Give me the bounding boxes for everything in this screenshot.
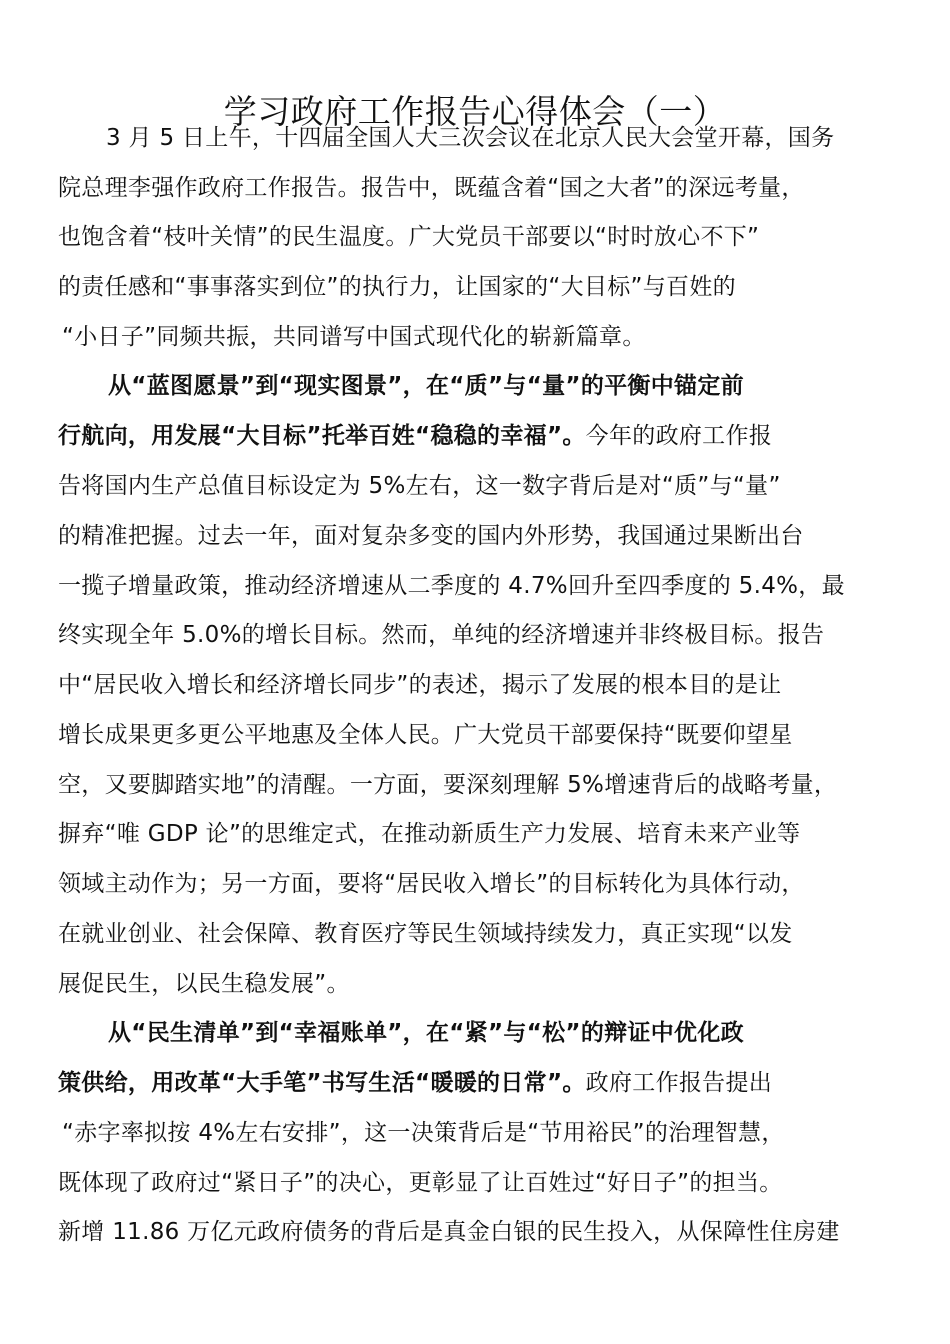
text-run: 政府工作报告提出 <box>586 1070 772 1096</box>
text-run: 增长成果更多更公平地惠及全体人民。广大党员干部要保持“既要仰望星 <box>58 722 793 748</box>
text-run: 3 月 5 日上午，十四届全国人大三次会议在北京人民大会堂开幕，国务 <box>106 125 834 151</box>
text-run: 在就业创业、社会保障、教育医疗等民生领域持续发力，真正实现“以发 <box>58 921 793 947</box>
text-run: 的精准把握。过去一年，面对复杂多变的国内外形势，我国通过果断出台 <box>58 523 804 549</box>
section-heading-line: 行航向，用发展“大目标”托举百姓“稳稳的幸福”。今年的政府工作报 <box>58 421 772 451</box>
text-line: 3 月 5 日上午，十四届全国人大三次会议在北京人民大会堂开幕，国务 <box>106 123 834 153</box>
bold-heading-run: 从“民生清单”到“幸福账单”，在“紧”与“松”的辩证中优化政 <box>108 1020 744 1046</box>
text-line: 的精准把握。过去一年，面对复杂多变的国内外形势，我国通过果断出台 <box>58 521 804 551</box>
text-line: 的责任感和“事事落实到位”的执行力，让国家的“大目标”与百姓的 <box>58 272 736 302</box>
document-page: 学习政府工作报告心得体会（一） 3 月 5 日上午，十四届全国人大三次会议在北京… <box>0 0 950 1344</box>
text-line: 展促民生，以民生稳发展”。 <box>58 969 350 999</box>
text-line: “赤字率拟按 4%左右安排”，这一决策背后是“节用裕民”的治理智慧， <box>62 1118 785 1148</box>
section-heading-line: 策供给，用改革“大手笔”书写生活“暖暖的日常”。政府工作报告提出 <box>58 1068 772 1098</box>
text-run: 院总理李强作政府工作报告。报告中，既蕴含着“国之大者”的深远考量， <box>58 175 805 201</box>
section-heading-line: 从“民生清单”到“幸福账单”，在“紧”与“松”的辩证中优化政 <box>108 1018 744 1048</box>
bold-heading-run: 行航向，用发展“大目标”托举百姓“稳稳的幸福”。 <box>58 423 586 449</box>
section-heading-line: 从“蓝图愿景”到“现实图景”，在“质”与“量”的平衡中锚定前 <box>108 371 744 401</box>
text-run: 既体现了政府过“紧日子”的决心，更彰显了让百姓过“好日子”的担当。 <box>58 1170 783 1196</box>
text-line: 新增 11.86 万亿元政府债务的背后是真金白银的民生投入，从保障性住房建 <box>58 1217 840 1247</box>
text-run: 终实现全年 5.0%的增长目标。然而，单纯的经济增速并非终极目标。报告 <box>58 622 824 648</box>
text-line: 院总理李强作政府工作报告。报告中，既蕴含着“国之大者”的深远考量， <box>58 173 805 203</box>
text-line: 既体现了政府过“紧日子”的决心，更彰显了让百姓过“好日子”的担当。 <box>58 1168 783 1198</box>
text-run: 摒弃“唯 GDP 论”的思维定式，在推动新质生产力发展、培育未来产业等 <box>58 821 800 847</box>
text-run: 新增 11.86 万亿元政府债务的背后是真金白银的民生投入，从保障性住房建 <box>58 1219 840 1245</box>
text-line: 摒弃“唯 GDP 论”的思维定式，在推动新质生产力发展、培育未来产业等 <box>58 819 800 849</box>
text-line: 在就业创业、社会保障、教育医疗等民生领域持续发力，真正实现“以发 <box>58 919 793 949</box>
text-line: 增长成果更多更公平地惠及全体人民。广大党员干部要保持“既要仰望星 <box>58 720 793 750</box>
text-line: 终实现全年 5.0%的增长目标。然而，单纯的经济增速并非终极目标。报告 <box>58 620 824 650</box>
bold-heading-run: 策供给，用改革“大手笔”书写生活“暖暖的日常”。 <box>58 1070 586 1096</box>
text-line: 空，又要脚踏实地”的清醒。一方面，要深刻理解 5%增速背后的战略考量， <box>58 770 837 800</box>
text-line: “小日子”同频共振，共同谱写中国式现代化的崭新篇章。 <box>62 322 646 352</box>
text-run: 空，又要脚踏实地”的清醒。一方面，要深刻理解 5%增速背后的战略考量， <box>58 772 837 798</box>
text-line: 告将国内生产总值目标设定为 5%左右，这一数字背后是对“质”与“量” <box>58 471 781 501</box>
text-line: 也饱含着“枝叶关情”的民生温度。广大党员干部要以“时时放心不下” <box>58 222 759 252</box>
text-run: 也饱含着“枝叶关情”的民生温度。广大党员干部要以“时时放心不下” <box>58 224 759 250</box>
text-line: 一揽子增量政策，推动经济增速从二季度的 4.7%回升至四季度的 5.4%，最 <box>58 571 845 601</box>
text-run: “小日子”同频共振，共同谱写中国式现代化的崭新篇章。 <box>62 324 646 350</box>
text-run: “赤字率拟按 4%左右安排”，这一决策背后是“节用裕民”的治理智慧， <box>62 1120 785 1146</box>
text-run: 的责任感和“事事落实到位”的执行力，让国家的“大目标”与百姓的 <box>58 274 736 300</box>
text-line: 领域主动作为；另一方面，要将“居民收入增长”的目标转化为具体行动， <box>58 869 805 899</box>
text-run: 展促民生，以民生稳发展”。 <box>58 971 350 997</box>
text-run: 中“居民收入增长和经济增长同步”的表述，揭示了发展的根本目的是让 <box>58 672 781 698</box>
text-line: 中“居民收入增长和经济增长同步”的表述，揭示了发展的根本目的是让 <box>58 670 781 700</box>
text-run: 今年的政府工作报 <box>586 423 772 449</box>
text-run: 领域主动作为；另一方面，要将“居民收入增长”的目标转化为具体行动， <box>58 871 805 897</box>
text-run: 告将国内生产总值目标设定为 5%左右，这一数字背后是对“质”与“量” <box>58 473 781 499</box>
bold-heading-run: 从“蓝图愿景”到“现实图景”，在“质”与“量”的平衡中锚定前 <box>108 373 744 399</box>
text-run: 一揽子增量政策，推动经济增速从二季度的 4.7%回升至四季度的 5.4%，最 <box>58 573 845 599</box>
